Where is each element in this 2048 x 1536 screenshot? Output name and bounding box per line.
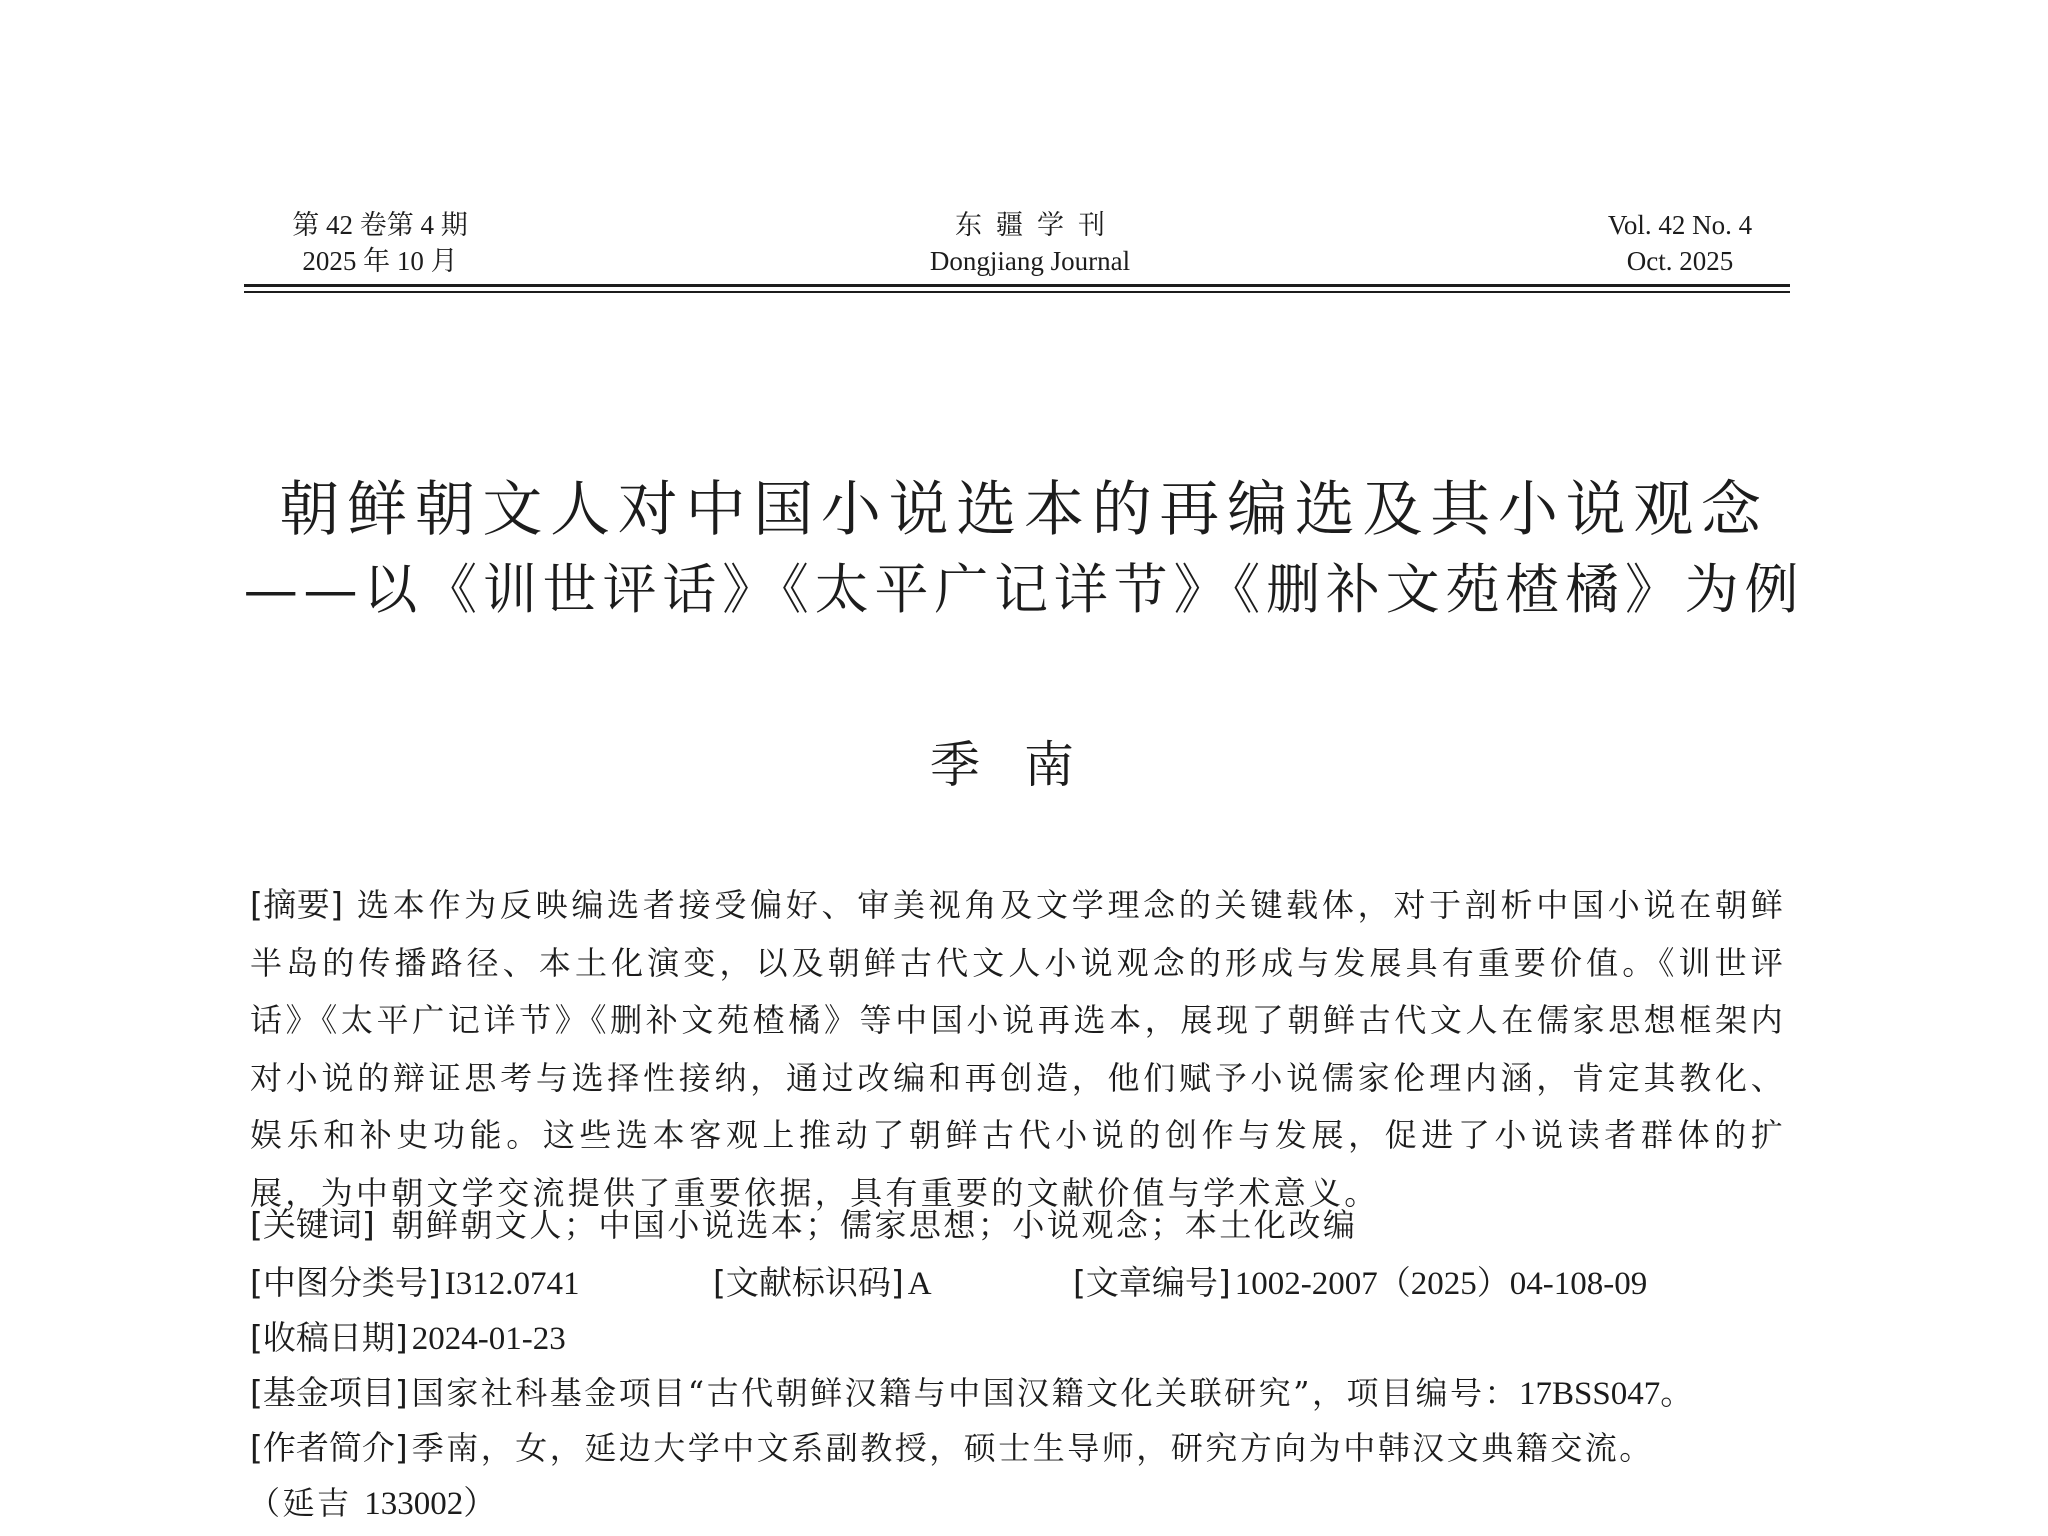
fund-code: 17BSS047。 (1519, 1376, 1693, 1412)
doc-code-line: [文献标识码]A (713, 1263, 932, 1304)
abstract-text: 选本作为反映编选者接受偏好、审美视角及文学理念的关键载体，对于剖析中国小说在朝鲜… (250, 886, 1786, 1212)
header-rule-thin (244, 291, 1790, 293)
header-journal-name: 东疆学刊 Dongjiang Journal (870, 207, 1190, 279)
header-volume-issue-cn: 第 42 卷第 4 期 2025 年 10 月 (270, 207, 490, 279)
clc-line: [中图分类号]I312.0741 (250, 1263, 580, 1304)
fund-text: 国家社科基金项目“古代朝鲜汉籍与中国汉籍文化关联研究”，项目编号： (412, 1374, 1519, 1412)
keywords-text: 朝鲜朝文人；中国小说选本；儒家思想；小说观念；本土化改编 (391, 1206, 1357, 1244)
received-label: [收稿日期] (250, 1318, 408, 1357)
article-number-line: [文章编号]1002-2007（2025）04-108-09 (1073, 1263, 1647, 1304)
received-value: 2024-01-23 (412, 1321, 566, 1357)
author-location: （延吉 (248, 1484, 352, 1522)
date-cn: 2025 年 10 月 (270, 243, 490, 279)
article-subtitle: ——以《训世评话》《太平广记详节》《删补文苑楂橘》为例 (0, 557, 2048, 623)
article-number-value: 1002-2007（2025）04-108-09 (1235, 1266, 1647, 1302)
volume-issue-en: Vol. 42 No. 4 (1580, 207, 1780, 243)
article-number-label: [文章编号] (1073, 1263, 1231, 1302)
keywords-label: [关键词] (250, 1205, 375, 1244)
abstract-paragraph: [摘要] 选本作为反映编选者接受偏好、审美视角及文学理念的关键载体，对于剖析中国… (250, 876, 1786, 1222)
fund-label: [基金项目] (250, 1373, 408, 1412)
journal-name-cn: 东疆学刊 (884, 207, 1190, 243)
journal-name-en: Dongjiang Journal (870, 243, 1190, 279)
clc-label: [中图分类号] (250, 1263, 441, 1302)
clc-value: I312.0741 (445, 1266, 580, 1302)
doc-code-value: A (908, 1266, 932, 1302)
volume-issue-cn: 第 42 卷第 4 期 (270, 207, 490, 243)
header-rule-thick (244, 284, 1790, 287)
author-postcode: 133002） (364, 1486, 496, 1522)
doc-code-label: [文献标识码] (713, 1263, 904, 1302)
author-bio-text: 季南，女，延边大学中文系副教授，硕士生导师，研究方向为中韩汉文典籍交流。 (412, 1429, 1654, 1467)
author-bio-label: [作者简介] (250, 1428, 408, 1467)
received-line: [收稿日期]2024-01-23 (250, 1318, 566, 1359)
fund-line: [基金项目]国家社科基金项目“古代朝鲜汉籍与中国汉籍文化关联研究”，项目编号：1… (250, 1373, 1693, 1414)
abstract-label: [摘要] (250, 885, 343, 924)
article-title: 朝鲜朝文人对中国小说选本的再编选及其小说观念 (0, 472, 2048, 548)
header-volume-issue-en: Vol. 42 No. 4 Oct. 2025 (1580, 207, 1780, 279)
author-location-line: （延吉 133002） (248, 1483, 496, 1524)
keywords-line: [关键词] 朝鲜朝文人；中国小说选本；儒家思想；小说观念；本土化改编 (250, 1205, 1357, 1245)
author-bio-line: [作者简介]季南，女，延边大学中文系副教授，硕士生导师，研究方向为中韩汉文典籍交… (250, 1428, 1654, 1468)
date-en: Oct. 2025 (1580, 243, 1780, 279)
article-author: 季南 (0, 735, 2048, 795)
